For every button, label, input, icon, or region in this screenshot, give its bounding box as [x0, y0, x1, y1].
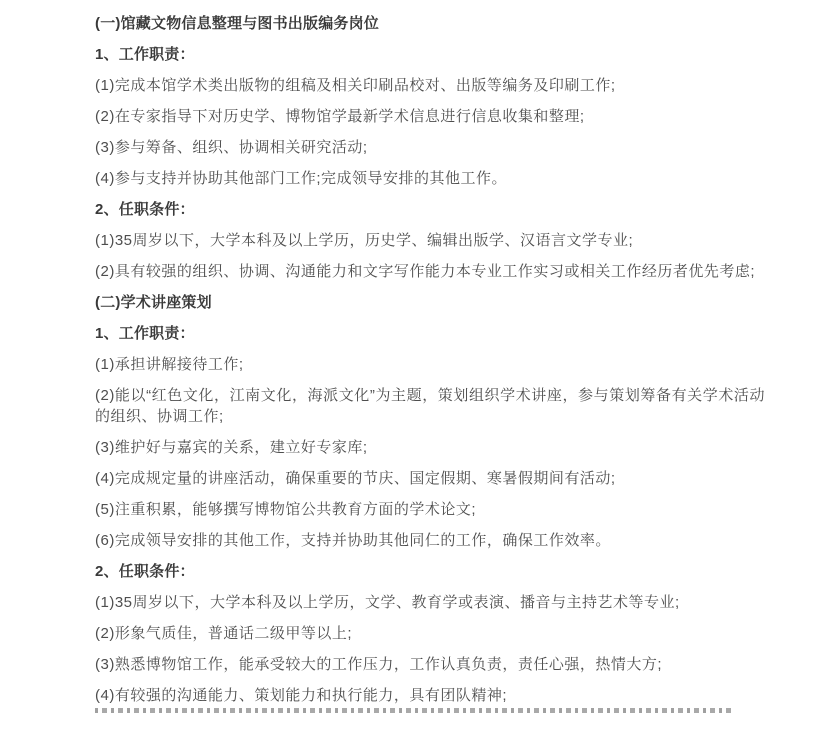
section-2-requirements-heading: 2、任职条件：: [95, 561, 765, 582]
section-1-duties-heading: 1、工作职责：: [95, 44, 765, 65]
section-1-title: (一)馆藏文物信息整理与图书出版编务岗位: [95, 13, 765, 34]
section-1-duty-4: (4)参与支持并协助其他部门工作;完成领导安排的其他工作。: [95, 168, 765, 189]
section-1-requirements-heading: 2、任职条件：: [95, 199, 765, 220]
section-2-duty-3: (3)维护好与嘉宾的关系，建立好专家库;: [95, 437, 765, 458]
section-2-title: (二)学术讲座策划: [95, 292, 765, 313]
section-2-duty-1: (1)承担讲解接待工作;: [95, 354, 765, 375]
section-2-duties-heading: 1、工作职责：: [95, 323, 765, 344]
document-page: (一)馆藏文物信息整理与图书出版编务岗位 1、工作职责： (1)完成本馆学术类出…: [0, 0, 817, 737]
section-2-requirement-3: (3)熟悉博物馆工作，能承受较大的工作压力，工作认真负责，责任心强，热情大方;: [95, 654, 765, 675]
clipped-bottom-text-line: [95, 708, 731, 713]
section-2-requirement-4: (4)有较强的沟通能力、策划能力和执行能力，具有团队精神;: [95, 685, 765, 706]
section-2-duty-4: (4)完成规定量的讲座活动，确保重要的节庆、国定假期、寒暑假期间有活动;: [95, 468, 765, 489]
section-2-requirement-1: (1)35周岁以下，大学本科及以上学历，文学、教育学或表演、播音与主持艺术等专业…: [95, 592, 765, 613]
section-1-duty-1: (1)完成本馆学术类出版物的组稿及相关印刷品校对、出版等编务及印刷工作;: [95, 75, 765, 96]
section-2-duty-2: (2)能以“红色文化，江南文化，海派文化”为主题，策划组织学术讲座，参与策划筹备…: [95, 385, 765, 427]
section-2-requirement-2: (2)形象气质佳，普通话二级甲等以上;: [95, 623, 765, 644]
section-1-requirement-1: (1)35周岁以下，大学本科及以上学历，历史学、编辑出版学、汉语言文学专业;: [95, 230, 765, 251]
section-2-duty-6: (6)完成领导安排的其他工作，支持并协助其他同仁的工作，确保工作效率。: [95, 530, 765, 551]
section-1-requirement-2: (2)具有较强的组织、协调、沟通能力和文字写作能力本专业工作实习或相关工作经历者…: [95, 261, 765, 282]
section-1-duty-3: (3)参与筹备、组织、协调相关研究活动;: [95, 137, 765, 158]
job-posting-document: (一)馆藏文物信息整理与图书出版编务岗位 1、工作职责： (1)完成本馆学术类出…: [0, 0, 817, 713]
section-1-duty-2: (2)在专家指导下对历史学、博物馆学最新学术信息进行信息收集和整理;: [95, 106, 765, 127]
section-2-duty-5: (5)注重积累，能够撰写博物馆公共教育方面的学术论文;: [95, 499, 765, 520]
